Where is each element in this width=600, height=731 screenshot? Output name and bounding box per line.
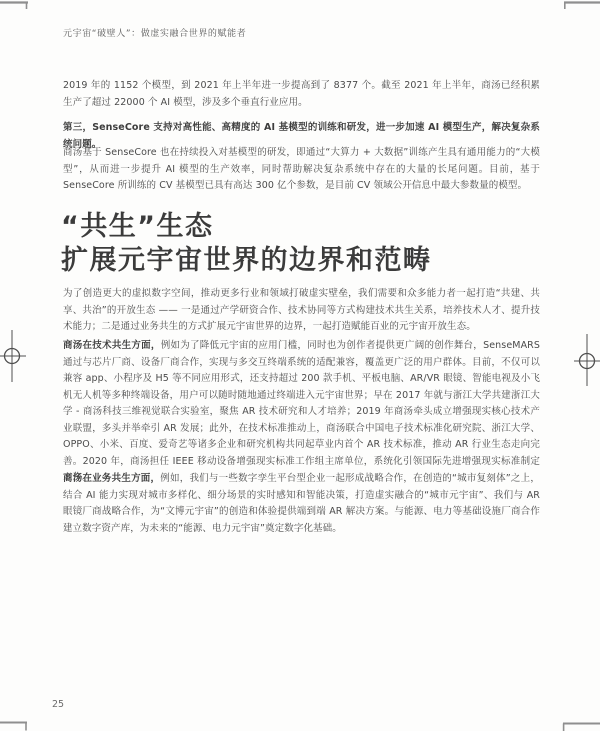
crop-mark-top-right — [564, 2, 600, 9]
section-heading-line1: “共生”生态 — [61, 211, 214, 242]
paragraph-big-model: 商汤基于 SenseCore 也在持续投入对基模型的研发，即通过“大算力 + 大… — [63, 145, 540, 195]
page-number: 25 — [52, 699, 64, 710]
registration-mark-right — [574, 334, 600, 386]
paragraph-tech-symbiosis: 商汤在技术共生方面，例如为了降低元宇宙的应用门槛，同时也为创作者提供更广阔的创作… — [63, 338, 540, 487]
paragraph-tech-symbiosis-text: 例如为了降低元宇宙的应用门槛，同时也为创作者提供更广阔的创作舞台，SenseMA… — [63, 340, 540, 483]
running-header: 元宇宙“破壁人”：做虚实融合世界的赋能者 — [63, 26, 246, 39]
paragraph-biz-symbiosis: 商汤在业务共生方面，例如，我们与一些数字孪生平台型企业一起形成战略合作，在创造的… — [63, 471, 540, 537]
crop-mark-bottom-left — [0, 723, 27, 731]
paragraph-model-count: 2019 年的 1152 个模型，到 2021 年上半年进一步提高到了 8377… — [63, 78, 540, 111]
registration-mark-left — [0, 330, 26, 382]
document-page: 元宇宙“破壁人”：做虚实融合世界的赋能者 2019 年的 1152 个模型，到 … — [0, 0, 600, 731]
paragraph-biz-symbiosis-lead: 商汤在业务共生方面， — [63, 473, 160, 484]
paragraph-tech-symbiosis-lead: 商汤在技术共生方面， — [63, 340, 161, 351]
crop-mark-top-left — [0, 2, 28, 9]
crop-mark-bottom-right — [563, 724, 600, 731]
section-heading-line2: 扩展元宇宙世界的边界和范畴 — [61, 245, 432, 276]
paragraph-open-ecosystem: 为了创造更大的虚拟数字空间，推动更多行业和领域打破虚实壁垒，我们需要和众多能力者… — [63, 286, 540, 336]
section-heading: “共生”生态 扩展元宇宙世界的边界和范畴 — [61, 210, 541, 278]
